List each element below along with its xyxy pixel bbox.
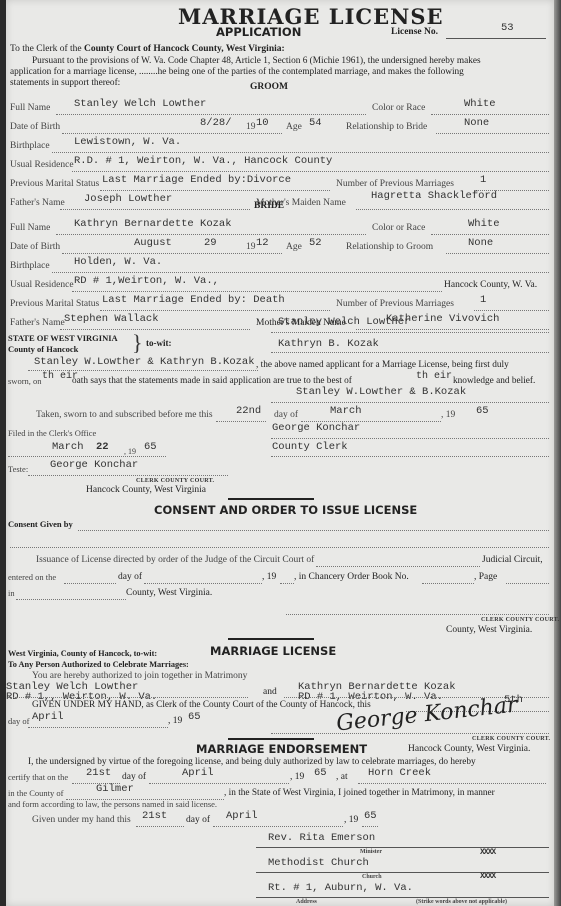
clerk-court-label: CLERK COUNTY COURT.: [136, 478, 214, 484]
taken-year-prefix: , 19: [441, 410, 455, 420]
groom-race-label: Color or Race: [372, 103, 425, 113]
sworn-prefix: sworn, on: [8, 376, 42, 386]
endorsement-county: Gilmer: [96, 783, 134, 795]
church-name: Methodist Church: [268, 857, 369, 869]
bride-residence: RD # 1,Weirton, W. Va.,: [74, 275, 219, 287]
groom-age-label: Age: [286, 122, 302, 132]
bride-prev-marriages-label: Number of Previous Marriages: [336, 299, 454, 309]
filed-year: 65: [144, 441, 157, 453]
bride-residence-county: Hancock County, W. Va.: [444, 280, 537, 290]
endorsement-place: Horn Creek: [368, 767, 431, 779]
groom-marital-label: Previous Marital Status: [10, 179, 99, 189]
strike-mark-1: XXXX: [480, 848, 495, 857]
consent-clerk-court: CLERK COUNTY COURT.: [481, 617, 559, 623]
section-divider: [228, 498, 314, 500]
groom-age: 54: [309, 117, 322, 129]
page-right-edge: [554, 0, 561, 906]
groom-father-label: Father's Name: [10, 198, 65, 208]
license-no-label: License No.: [391, 27, 438, 37]
groom-father: Joseph Lowther: [84, 193, 172, 205]
endorsement-year: 65: [314, 767, 327, 779]
bride-father: Stephen Wallack: [64, 313, 159, 325]
bride-birthplace-label: Birthplace: [10, 261, 50, 271]
given-under-hand-text: GIVEN UNDER MY HAND, as Clerk of the Cou…: [32, 700, 371, 710]
marriage-license-document: MARRIAGE LICENSE APPLICATION License No.…: [6, 0, 554, 906]
strike-mark-2: XXXX: [480, 872, 495, 881]
page-label: , Page: [474, 572, 497, 582]
license-day-of-label: day of: [8, 716, 29, 726]
teste-name: George Konchar: [50, 459, 138, 471]
preamble-3: statements in support thereof:: [10, 78, 120, 88]
bride-full-name-label: Full Name: [10, 223, 50, 233]
to-wit-label: to-wit:: [146, 338, 172, 348]
bride-birthplace: Holden, W. Va.: [74, 256, 162, 268]
bride-age-label: Age: [286, 242, 302, 252]
license-year-label: , 19: [168, 716, 182, 726]
affidavit-text-2: oath says that the statements made in sa…: [72, 376, 352, 386]
endorsement-day: 21st: [86, 767, 111, 779]
affidavit-signer-2: Kathryn B. Kozak: [278, 338, 379, 350]
endorsement-day-of-label: day of: [122, 772, 146, 782]
groom-mother: Hagretta Shackleford: [371, 190, 497, 202]
groom-full-name-label: Full Name: [10, 103, 50, 113]
endorsement-text-1: I, the undersigned by virtue of the fore…: [28, 757, 476, 767]
taken-label: Taken, sworn to and subscribed before me…: [36, 410, 213, 420]
groom-birthplace: Lewistown, W. Va.: [74, 136, 181, 148]
preamble-2: application for a marriage license, ....…: [10, 67, 464, 77]
groom-dob-label: Date of Birth: [10, 122, 60, 132]
judicial-circuit-label: Judicial Circuit,: [482, 555, 543, 565]
issuance-text: Issuance of License directed by order of…: [36, 555, 314, 565]
bride-relationship-label: Relationship to Groom: [346, 242, 433, 252]
endorsement-given-year: 65: [364, 810, 377, 822]
given-hand-label: Given under my hand this: [32, 815, 131, 825]
endorsement-month: April: [182, 767, 214, 779]
county-of-hancock: County of Hancock: [8, 344, 78, 354]
groom-dob-month-day: 8/28/: [200, 117, 232, 129]
consent-year-label: , 19: [262, 572, 276, 582]
groom-residence: R.D. # 1, Weirton, W. Va., Hancock Count…: [74, 155, 332, 167]
bride-race-label: Color or Race: [372, 223, 425, 233]
groom-marital-status: Last Marriage Ended by:Divorce: [102, 174, 291, 186]
endorsement-heading: MARRIAGE ENDORSEMENT: [196, 742, 367, 756]
section-divider: [228, 638, 314, 640]
bride-age: 52: [309, 237, 322, 249]
bride-relationship: None: [468, 237, 493, 249]
chancery-label: , in Chancery Order Book No.: [294, 572, 409, 582]
license-heading: MARRIAGE LICENSE: [210, 644, 336, 658]
affidavit-text-3: knowledge and belief.: [453, 376, 535, 386]
to-clerk-line: To the Clerk of the County Court of Hanc…: [10, 44, 285, 54]
document-subtitle: APPLICATION: [216, 25, 301, 39]
filed-label: Filed in the Clerk's Office: [8, 428, 96, 438]
their-2: th eir: [416, 371, 452, 382]
bride-race: White: [468, 218, 500, 230]
consent-given-by-field: [78, 530, 549, 531]
bride-marital-status: Last Marriage Ended by: Death: [102, 294, 285, 306]
bride-heading: BRIDE: [254, 201, 284, 211]
license-given-year: 65: [188, 711, 201, 723]
bride-full-name: Kathryn Bernardette Kozak: [74, 218, 232, 230]
bride-dob-label: Date of Birth: [10, 242, 60, 252]
license-clerk-court: CLERK COUNTY COURT.: [472, 736, 550, 742]
affidavit-text-1: , the above named applicant for a Marria…: [256, 360, 509, 370]
teste-label: Teste:: [8, 464, 28, 474]
license-no-value: 53: [501, 22, 514, 34]
groom-prev-marriages-label: Number of Previous Marriages: [336, 179, 454, 189]
given-day-of-label: day of: [186, 815, 210, 825]
endorsement-given-month: April: [226, 810, 258, 822]
clerk-location: Hancock County, West Virginia: [86, 485, 206, 495]
consent-clerk-location: County, West Virginia.: [446, 625, 532, 635]
groom-dob-year-prefix: 19: [246, 122, 256, 132]
affidavit-signer-1: Stanley Welch Lowther: [278, 316, 410, 328]
groom-full-name: Stanley Welch Lowther: [74, 98, 206, 110]
bride-dob-year-prefix: 19: [246, 242, 256, 252]
groom-residence-label: Usual Residence: [10, 160, 74, 170]
endorsement-given-day: 21st: [142, 810, 167, 822]
consent-day-of-label: day of: [118, 572, 142, 582]
clerk-name: George Konchar: [272, 422, 360, 434]
address-label: Address: [296, 899, 317, 905]
preamble-1: Pursuant to the provisions of W. Va. Cod…: [32, 56, 481, 66]
bride-prev-marriages: 1: [480, 294, 486, 306]
bride-dob-month: August: [134, 237, 172, 249]
consent-county-label: County, West Virginia.: [126, 588, 212, 598]
affidavit-signature: Stanley W.Lowther & B.Kozak: [296, 386, 466, 398]
endorsement-year-label: , 19: [290, 772, 304, 782]
entered-label: entered on the: [8, 572, 56, 582]
given-year-label: , 19: [344, 815, 358, 825]
strike-note: (Strike words above not applicable): [416, 899, 507, 905]
bride-dob-year: 12: [256, 237, 269, 249]
consent-given-by-label: Consent Given by: [8, 519, 73, 529]
brace-icon: }: [132, 330, 143, 356]
minister-address: Rt. # 1, Auburn, W. Va.: [268, 882, 413, 894]
consent-heading: CONSENT AND ORDER TO ISSUE LICENSE: [154, 503, 417, 517]
affidavit-applicants: Stanley W.Lowther & Kathryn B.Kozak: [34, 356, 255, 368]
filed-month: March: [52, 441, 84, 453]
and-label: and: [263, 687, 277, 697]
bride-father-label: Father's Name: [10, 318, 65, 328]
clerk-title: County Clerk: [272, 441, 348, 453]
state-of-wv: STATE OF WEST VIRGINIA: [8, 333, 118, 343]
in-label: in: [8, 588, 15, 598]
certify-label: certify that on the: [8, 772, 68, 782]
authorized-text: You are hereby authorized to join togeth…: [32, 671, 247, 681]
to-any-person: To Any Person Authorized to Celebrate Ma…: [8, 660, 189, 669]
groom-race: White: [464, 98, 496, 110]
filed-year-prefix: , 19: [124, 447, 136, 456]
taken-year: 65: [476, 405, 489, 417]
minister-label: Minister: [360, 849, 382, 855]
filed-day: 22: [96, 441, 109, 453]
endorsement-form-text: and form according to law, the persons n…: [8, 799, 217, 809]
license-given-month: April: [32, 711, 64, 723]
bride-marital-label: Previous Marital Status: [10, 299, 99, 309]
at-label: , at: [336, 772, 348, 782]
county-of-label: in the County of: [8, 788, 63, 798]
taken-month: March: [330, 405, 362, 417]
groom-dob-year: 10: [256, 117, 269, 129]
bride-residence-label: Usual Residence: [10, 280, 74, 290]
groom-relationship: None: [464, 117, 489, 129]
endorsement-state-text: , in the State of West Virginia, I joine…: [224, 788, 495, 798]
taken-day-of-label: day of: [274, 410, 298, 420]
section-divider: [228, 738, 314, 740]
groom-birthplace-label: Birthplace: [10, 141, 50, 151]
groom-heading: GROOM: [250, 82, 288, 92]
license-clerk-location: Hancock County, West Virginia.: [408, 744, 530, 754]
groom-relationship-label: Relationship to Bride: [346, 122, 427, 132]
minister-name: Rev. Rita Emerson: [268, 832, 375, 844]
church-label: Church: [362, 874, 382, 880]
groom-prev-marriages: 1: [480, 174, 486, 186]
bride-dob-day: 29: [204, 237, 217, 249]
license-county-line: West Virginia, County of Hancock, to-wit…: [8, 649, 157, 658]
taken-day: 22nd: [236, 405, 261, 417]
